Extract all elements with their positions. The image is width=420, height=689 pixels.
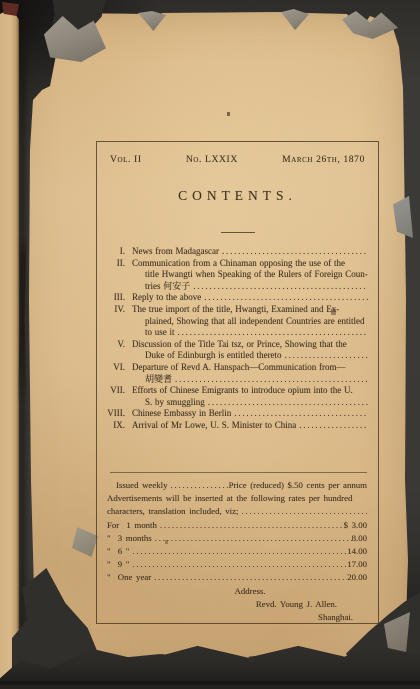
rate-label: " 9 " [107, 558, 129, 571]
toc-line-text: Duke of Edinburgh is entitled thereto [145, 350, 282, 362]
toc-item-text: The true import of the title, Hwangti, E… [132, 304, 368, 339]
toc-item: II.Communication from a Chinaman opposin… [106, 258, 368, 293]
rate-label: " One year [107, 571, 151, 584]
rate-amount: 8.00 [352, 532, 367, 545]
toc-item-number: VI. [106, 362, 132, 385]
dot-leader [208, 397, 368, 409]
toc-item: V.Discussion of the Title Tai tsz, or Pr… [106, 339, 368, 362]
dot-leader [175, 374, 368, 386]
dot-leader [234, 408, 368, 420]
toc-item-text: News from Madagascar [132, 246, 368, 258]
rate-row: " 6 "14.00 [107, 545, 367, 558]
rate-label: " 3 months [107, 532, 152, 545]
toc-line-text: to use it [145, 327, 175, 339]
masthead: Vol. II No. LXXIX March 26th, 1870 [110, 154, 365, 165]
issue-number: No. LXXIX [186, 154, 238, 165]
toc-list: I.News from MadagascarII.Communication f… [106, 246, 368, 432]
toc-item-number: V. [106, 339, 132, 362]
toc-line: Arrival of Mr Lowe, U. S. Minister to Ch… [132, 420, 368, 432]
toc-line-text: S. by smuggling [145, 397, 205, 409]
toc-line: Duke of Edinburgh is entitled thereto [132, 350, 368, 362]
toc-line-text: Discussion of the Title Tai tsz, or Prin… [132, 339, 347, 349]
dot-leader [204, 292, 368, 304]
toc-line: Discussion of the Title Tai tsz, or Prin… [132, 339, 368, 351]
rate-row: " 3 months8.00 [107, 532, 367, 545]
toc-line-text: plained, Showing that all independent Co… [145, 316, 364, 326]
addressee: Revd. Young J. Allen. [107, 598, 367, 611]
ads-line-1: Advertisements will be inserted at the f… [107, 492, 367, 505]
rate-row: " 9 "17.00 [107, 558, 367, 571]
toc-item: IV.The true import of the title, Hwangti… [106, 304, 368, 339]
toc-line-text: Communication from a Chinaman opposing t… [132, 258, 345, 268]
rate-amount: 17.00 [347, 558, 367, 571]
address-city: Shanghai. [107, 611, 367, 624]
dot-leader [132, 558, 347, 571]
dot-leader [241, 505, 367, 518]
rate-label: " 6 " [107, 545, 129, 558]
toc-item: VIII.Chinese Embassy in Berlin [106, 408, 368, 420]
dot-leader [132, 545, 347, 558]
toc-item-number: III. [106, 292, 132, 304]
volume-label: Vol. II [110, 154, 142, 165]
toc-line-text: The true import of the title, Hwangti, E… [132, 304, 339, 314]
price-text: Price (reduced) $.50 cents per annum [229, 479, 367, 492]
ads-line-2: characters, translation included, viz; [107, 505, 367, 518]
rate-amount: 20.00 [347, 571, 367, 584]
toc-item-number: I. [106, 246, 132, 258]
dot-leader [299, 420, 368, 432]
toc-line-text: Arrival of Mr Lowe, U. S. Minister to Ch… [132, 420, 296, 432]
toc-item-text: Discussion of the Title Tai tsz, or Prin… [132, 339, 368, 362]
contents-title: CONTENTS. [97, 188, 378, 204]
toc-line-text: Efforts of Chinese Emigrants to introduc… [132, 385, 353, 395]
rate-row: For 1 month$ 3.00 [107, 519, 367, 532]
toc-item-number: II. [106, 258, 132, 293]
dot-leader [285, 350, 368, 362]
rate-label: For 1 month [107, 519, 157, 532]
toc-item-text: Arrival of Mr Lowe, U. S. Minister to Ch… [132, 420, 368, 432]
toc-line: News from Madagascar [132, 246, 368, 258]
toc-line-text: 胡變耆 [145, 374, 172, 386]
toc-item-text: Communication from a Chinaman opposing t… [132, 258, 368, 293]
toc-line: title Hwangti when Speaking of the Ruler… [132, 269, 368, 281]
section-rule [110, 472, 367, 473]
rates-list: For 1 month$ 3.00" 3 months8.00" 6 "14.0… [107, 519, 367, 585]
toc-line: Reply to the above [132, 292, 368, 304]
toc-item: VI.Departure of Revd A. Hanspach—Communi… [106, 362, 368, 385]
toc-item-text: Departure of Revd A. Hanspach—Communicat… [132, 362, 368, 385]
toc-line: Chinese Embassy in Berlin [132, 408, 368, 420]
ink-specks [227, 112, 230, 116]
toc-line: The true import of the title, Hwangti, E… [132, 304, 368, 316]
toc-line-text: title Hwangti when Speaking of the Ruler… [145, 269, 368, 279]
toc-line-text: Departure of Revd A. Hanspach—Communicat… [132, 362, 345, 372]
toc-item-number: VII. [106, 385, 132, 408]
printed-border-box: Vol. II No. LXXIX March 26th, 1870 CONTE… [96, 141, 379, 624]
dot-leader [193, 281, 368, 293]
dot-leader [154, 571, 347, 584]
maroon-stain [2, 2, 19, 16]
title-rule [221, 232, 255, 233]
toc-item-number: IV. [106, 304, 132, 339]
toc-item-number: VIII. [106, 408, 132, 420]
toc-line: 胡變耆 [132, 374, 368, 386]
toc-item-number: IX. [106, 420, 132, 432]
address-label: Address. [107, 585, 367, 598]
toc-line-text: Reply to the above [132, 292, 201, 304]
dot-leader [222, 246, 368, 258]
toc-item: VII.Efforts of Chinese Emigrants to intr… [106, 385, 368, 408]
toc-item: III.Reply to the above [106, 292, 368, 304]
toc-line: tries 何安子 [132, 281, 368, 293]
rate-amount: 14.00 [347, 545, 367, 558]
issue-date: March 26th, 1870 [282, 154, 365, 165]
dot-leader [170, 479, 228, 492]
toc-line-text: tries 何安子 [145, 281, 190, 293]
toc-line: S. by smuggling [132, 397, 368, 409]
toc-item: I.News from Madagascar [106, 246, 368, 258]
dot-leader [155, 532, 352, 545]
toc-line-text: News from Madagascar [132, 246, 219, 258]
scanned-page: Vol. II No. LXXIX March 26th, 1870 CONTE… [0, 0, 420, 689]
scan-edge-line [0, 681, 420, 685]
subscription-block: Issued weekly Price (reduced) $.50 cents… [107, 479, 367, 624]
dot-leader [160, 519, 344, 532]
toc-item: IX.Arrival of Mr Lowe, U. S. Minister to… [106, 420, 368, 432]
toc-line: Departure of Revd A. Hanspach—Communicat… [132, 362, 368, 374]
toc-line: to use it [132, 327, 368, 339]
toc-line-text: Chinese Embassy in Berlin [132, 408, 231, 420]
issued-weekly-line: Issued weekly Price (reduced) $.50 cents… [107, 479, 367, 492]
issued-label: Issued weekly [107, 479, 167, 492]
toc-item-text: Efforts of Chinese Emigrants to introduc… [132, 385, 368, 408]
toc-line: plained, Showing that all independent Co… [132, 316, 368, 328]
toc-line: Communication from a Chinaman opposing t… [132, 258, 368, 270]
toc-item-text: Reply to the above [132, 292, 368, 304]
toc-line: Efforts of Chinese Emigrants to introduc… [132, 385, 368, 397]
toc-item-text: Chinese Embassy in Berlin [132, 408, 368, 420]
dot-leader [178, 327, 369, 339]
rate-row: " One year20.00 [107, 571, 367, 584]
rate-amount: $ 3.00 [344, 519, 367, 532]
ads-line-2-text: characters, translation included, viz; [107, 505, 238, 518]
